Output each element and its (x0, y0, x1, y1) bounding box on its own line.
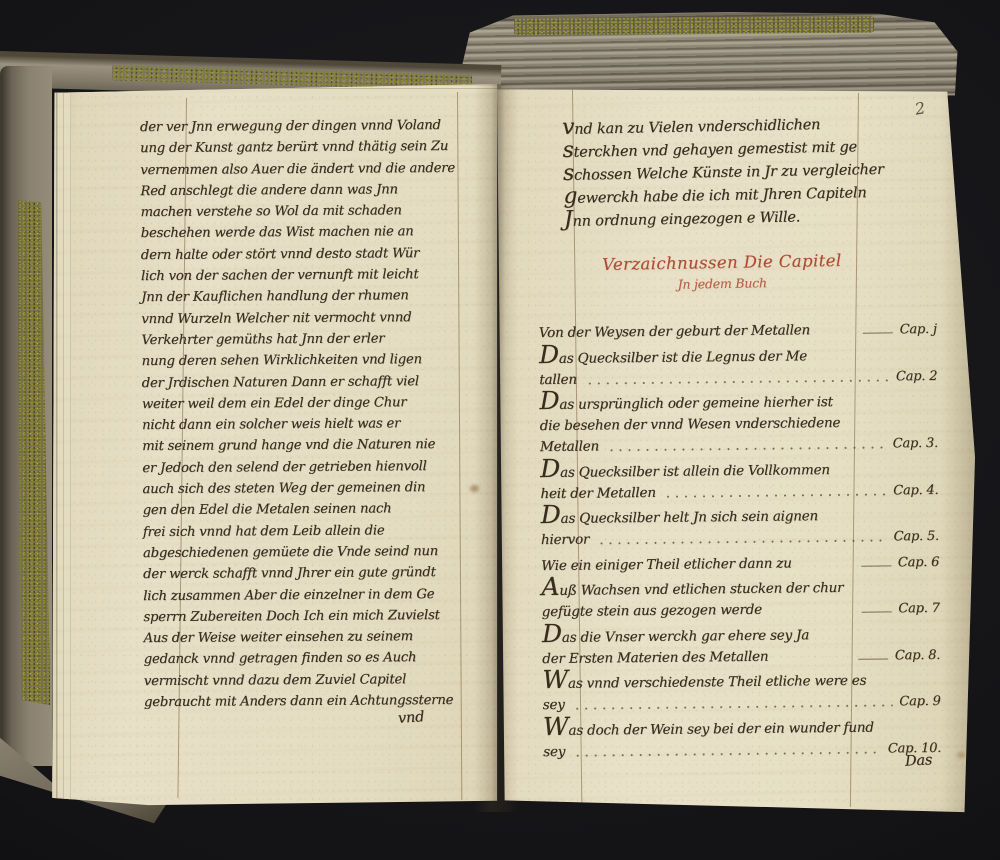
toc-line: die besehen der vnnd Wesen vnderschieden… (540, 413, 872, 437)
page-edge-layers (50, 84, 76, 808)
toc-entry: Das Quecksilber ist allein die Vollkomme… (540, 458, 938, 504)
manuscript-line: vnnd Wurzeln Welcher nit vermocht vnnd (141, 307, 459, 331)
chapter-index-heading: Verzaichnussen Die Capitel Jn jedem Buch (557, 250, 888, 294)
page-edge-shade (941, 85, 975, 815)
manuscript-line: auch sich des steten Weg der gemeinen di… (142, 477, 460, 501)
catchword-right: Das (905, 752, 933, 769)
toc-line-text: hiervor (541, 530, 589, 552)
left-page: der ver Jnn erwegung der dingen vnnd Vol… (50, 84, 498, 808)
manuscript-line: der Jrdischen Naturen Dann er schafft vi… (142, 370, 460, 394)
manuscript-line: vermischt vnnd dazu dem Zuviel Capitel (144, 669, 462, 693)
table-of-contents: Von der Weysen der geburt der MetallenCa… (539, 319, 942, 767)
toc-entry: Was vnnd verschiedenste Theil etliche we… (542, 670, 940, 716)
right-page: 2 vnd kan zu Vielen vnderschidlichenster… (497, 85, 975, 815)
leader-dash (861, 554, 891, 566)
chapter-number: Cap. 5. (894, 526, 940, 547)
manuscript-line: weiter weil dem ein Edel der dinge Chur (142, 392, 460, 416)
toc-line: der Ersten Materien des MetallenCap. 8. (542, 644, 940, 669)
leader-dots (585, 370, 889, 385)
toc-entry: Auß Wachsen vnd etlichen stucken der chu… (541, 577, 939, 623)
chapter-number: Cap. j (900, 319, 937, 340)
left-page-text-block: der ver Jnn erwegung der dingen vnnd Vol… (140, 115, 462, 714)
manuscript-line: Verkehrter gemüths hat Jnn der erler (141, 328, 459, 352)
toc-line: heit der MetallenCap. 4. (540, 479, 938, 504)
leader-dots (597, 530, 887, 545)
toc-entry: Das Quecksilber ist die Legnus der Metal… (539, 344, 937, 390)
leader-dots (607, 437, 886, 452)
toc-line: seyCap. 10. (543, 737, 941, 762)
manuscript-line: gedanck vnnd getragen finden so es Auch (144, 647, 462, 671)
manuscript-line: beschehen werde das Wist machen nie an (141, 221, 459, 245)
toc-line: hiervorCap. 5. (541, 526, 939, 551)
manuscript-line: Jnn der Kauflichen handlung der rhumen (141, 285, 459, 309)
manuscript-line: nicht dann ein solcher weis hielt was er (142, 413, 460, 437)
opening-paragraph: vnd kan zu Vielen vnderschidlichensterck… (562, 110, 876, 231)
sprinkled-top-edge (514, 16, 874, 36)
leader-dash (858, 647, 888, 659)
manuscript-line: lich zusammen Aber die einzelner in dem … (143, 583, 461, 607)
toc-entry: Das Quecksilber helt Jn sich sein aignen… (541, 505, 939, 551)
manuscript-line: abgeschiedenen gemüete die Vnde seind nu… (143, 541, 461, 565)
leader-dots (664, 484, 887, 498)
toc-line: Auß Wachsen vnd etlichen stucken der chu… (541, 578, 873, 602)
manuscript-line: mit seinem grund hange vnd die Naturen n… (142, 434, 460, 458)
manuscript-line: vernemmen also Auer die ändert vnd die a… (140, 157, 458, 181)
folio-number: 2 (913, 98, 926, 118)
toc-entry: Wie ein einiger Theil etlicher dann zuCa… (541, 551, 939, 576)
toc-line: Was doch der Wein sey bei der ein wunder… (543, 717, 875, 741)
catchword-left: vnd (397, 709, 424, 727)
chapter-number: Cap. 9 (899, 691, 941, 712)
toc-entry: Was doch der Wein sey bei der ein wunder… (543, 716, 941, 762)
manuscript-line: Aus der Weise weiter einsehen zu seinem (143, 626, 461, 650)
leader-dash (863, 321, 893, 333)
manuscript-line: dern halte oder stört vnnd desto stadt W… (141, 243, 459, 267)
manuscript-line: der ver Jnn erwegung der dingen vnnd Vol… (140, 115, 458, 139)
chapter-number: Cap. 2 (896, 365, 938, 386)
toc-line: seyCap. 9 (543, 691, 941, 716)
heading-line-2: Jn jedem Buch (557, 273, 887, 294)
toc-line-text: sey (543, 741, 565, 762)
toc-line: tallenCap. 2 (539, 365, 937, 390)
leader-dots (573, 742, 881, 757)
leader-spacer (762, 613, 853, 614)
heading-line-1: Verzaichnussen Die Capitel (557, 250, 887, 275)
manuscript-photo: der ver Jnn erwegung der dingen vnnd Vol… (0, 0, 1000, 860)
toc-line: Wie ein einiger Theil etlicher dann zuCa… (541, 551, 939, 576)
toc-line: Was vnnd verschiedenste Theil etliche we… (542, 671, 874, 695)
manuscript-line: der werck schafft vnnd Jhrer ein gute gr… (143, 562, 461, 586)
toc-line: gefügte stein aus gezogen werdeCap. 7 (542, 598, 940, 623)
manuscript-line: gen den Edel die Metalen seinen nach (143, 498, 461, 522)
manuscript-line: Red anschlegt die andere dann was Jnn (140, 179, 458, 203)
toc-line-text: Wie ein einiger Theil etlicher dann zu (541, 553, 792, 577)
manuscript-line: machen verstehe so Wol da mit schaden (141, 200, 459, 224)
toc-line: Von der Weysen der geburt der MetallenCa… (539, 319, 937, 344)
chapter-number: Cap. 7 (898, 598, 940, 619)
toc-entry: Das die Vnser werckh gar ehere sey Jader… (542, 623, 940, 669)
toc-entry: Das ursprünglich oder gemeine hierher is… (539, 391, 938, 458)
toc-line-text: Von der Weysen der geburt der Metallen (539, 320, 810, 344)
chapter-number: Cap. 8. (895, 644, 941, 665)
manuscript-line: Jnn ordnung eingezogen e Wille. (564, 202, 876, 231)
manuscript-line: ung der Kunst gantz berürt vnnd thätig s… (140, 136, 458, 160)
manuscript-line: nung deren sehen Wirklichkeiten vnd lige… (142, 349, 460, 373)
leader-spacer (768, 659, 850, 660)
leader-spacer (792, 566, 853, 567)
manuscript-line: lich von der sachen der vernunft mit lei… (141, 264, 459, 288)
page-edges-stack-top (452, 12, 960, 98)
toc-line-text: gefügte stein aus gezogen werde (542, 600, 762, 623)
toc-line-text: der Ersten Materien des Metallen (542, 646, 768, 669)
manuscript-line: frei sich vnnd hat dem Leib allein die (143, 520, 461, 544)
toc-entry: Von der Weysen der geburt der MetallenCa… (539, 319, 937, 344)
toc-line: Das Quecksilber ist allein die Vollkomme… (540, 459, 872, 483)
chapter-number: Cap. 4. (893, 479, 939, 500)
leader-dash (861, 600, 891, 612)
chapter-number: Cap. 6 (898, 551, 940, 572)
chapter-number: Cap. 3. (893, 433, 939, 454)
manuscript-line: sperrn Zubereiten Doch Ich ein mich Zuvi… (143, 605, 461, 629)
manuscript-line: er Jedoch den selend der getrieben hienv… (142, 456, 460, 480)
leader-dots (573, 695, 893, 710)
toc-line: MetallenCap. 3. (540, 433, 938, 458)
